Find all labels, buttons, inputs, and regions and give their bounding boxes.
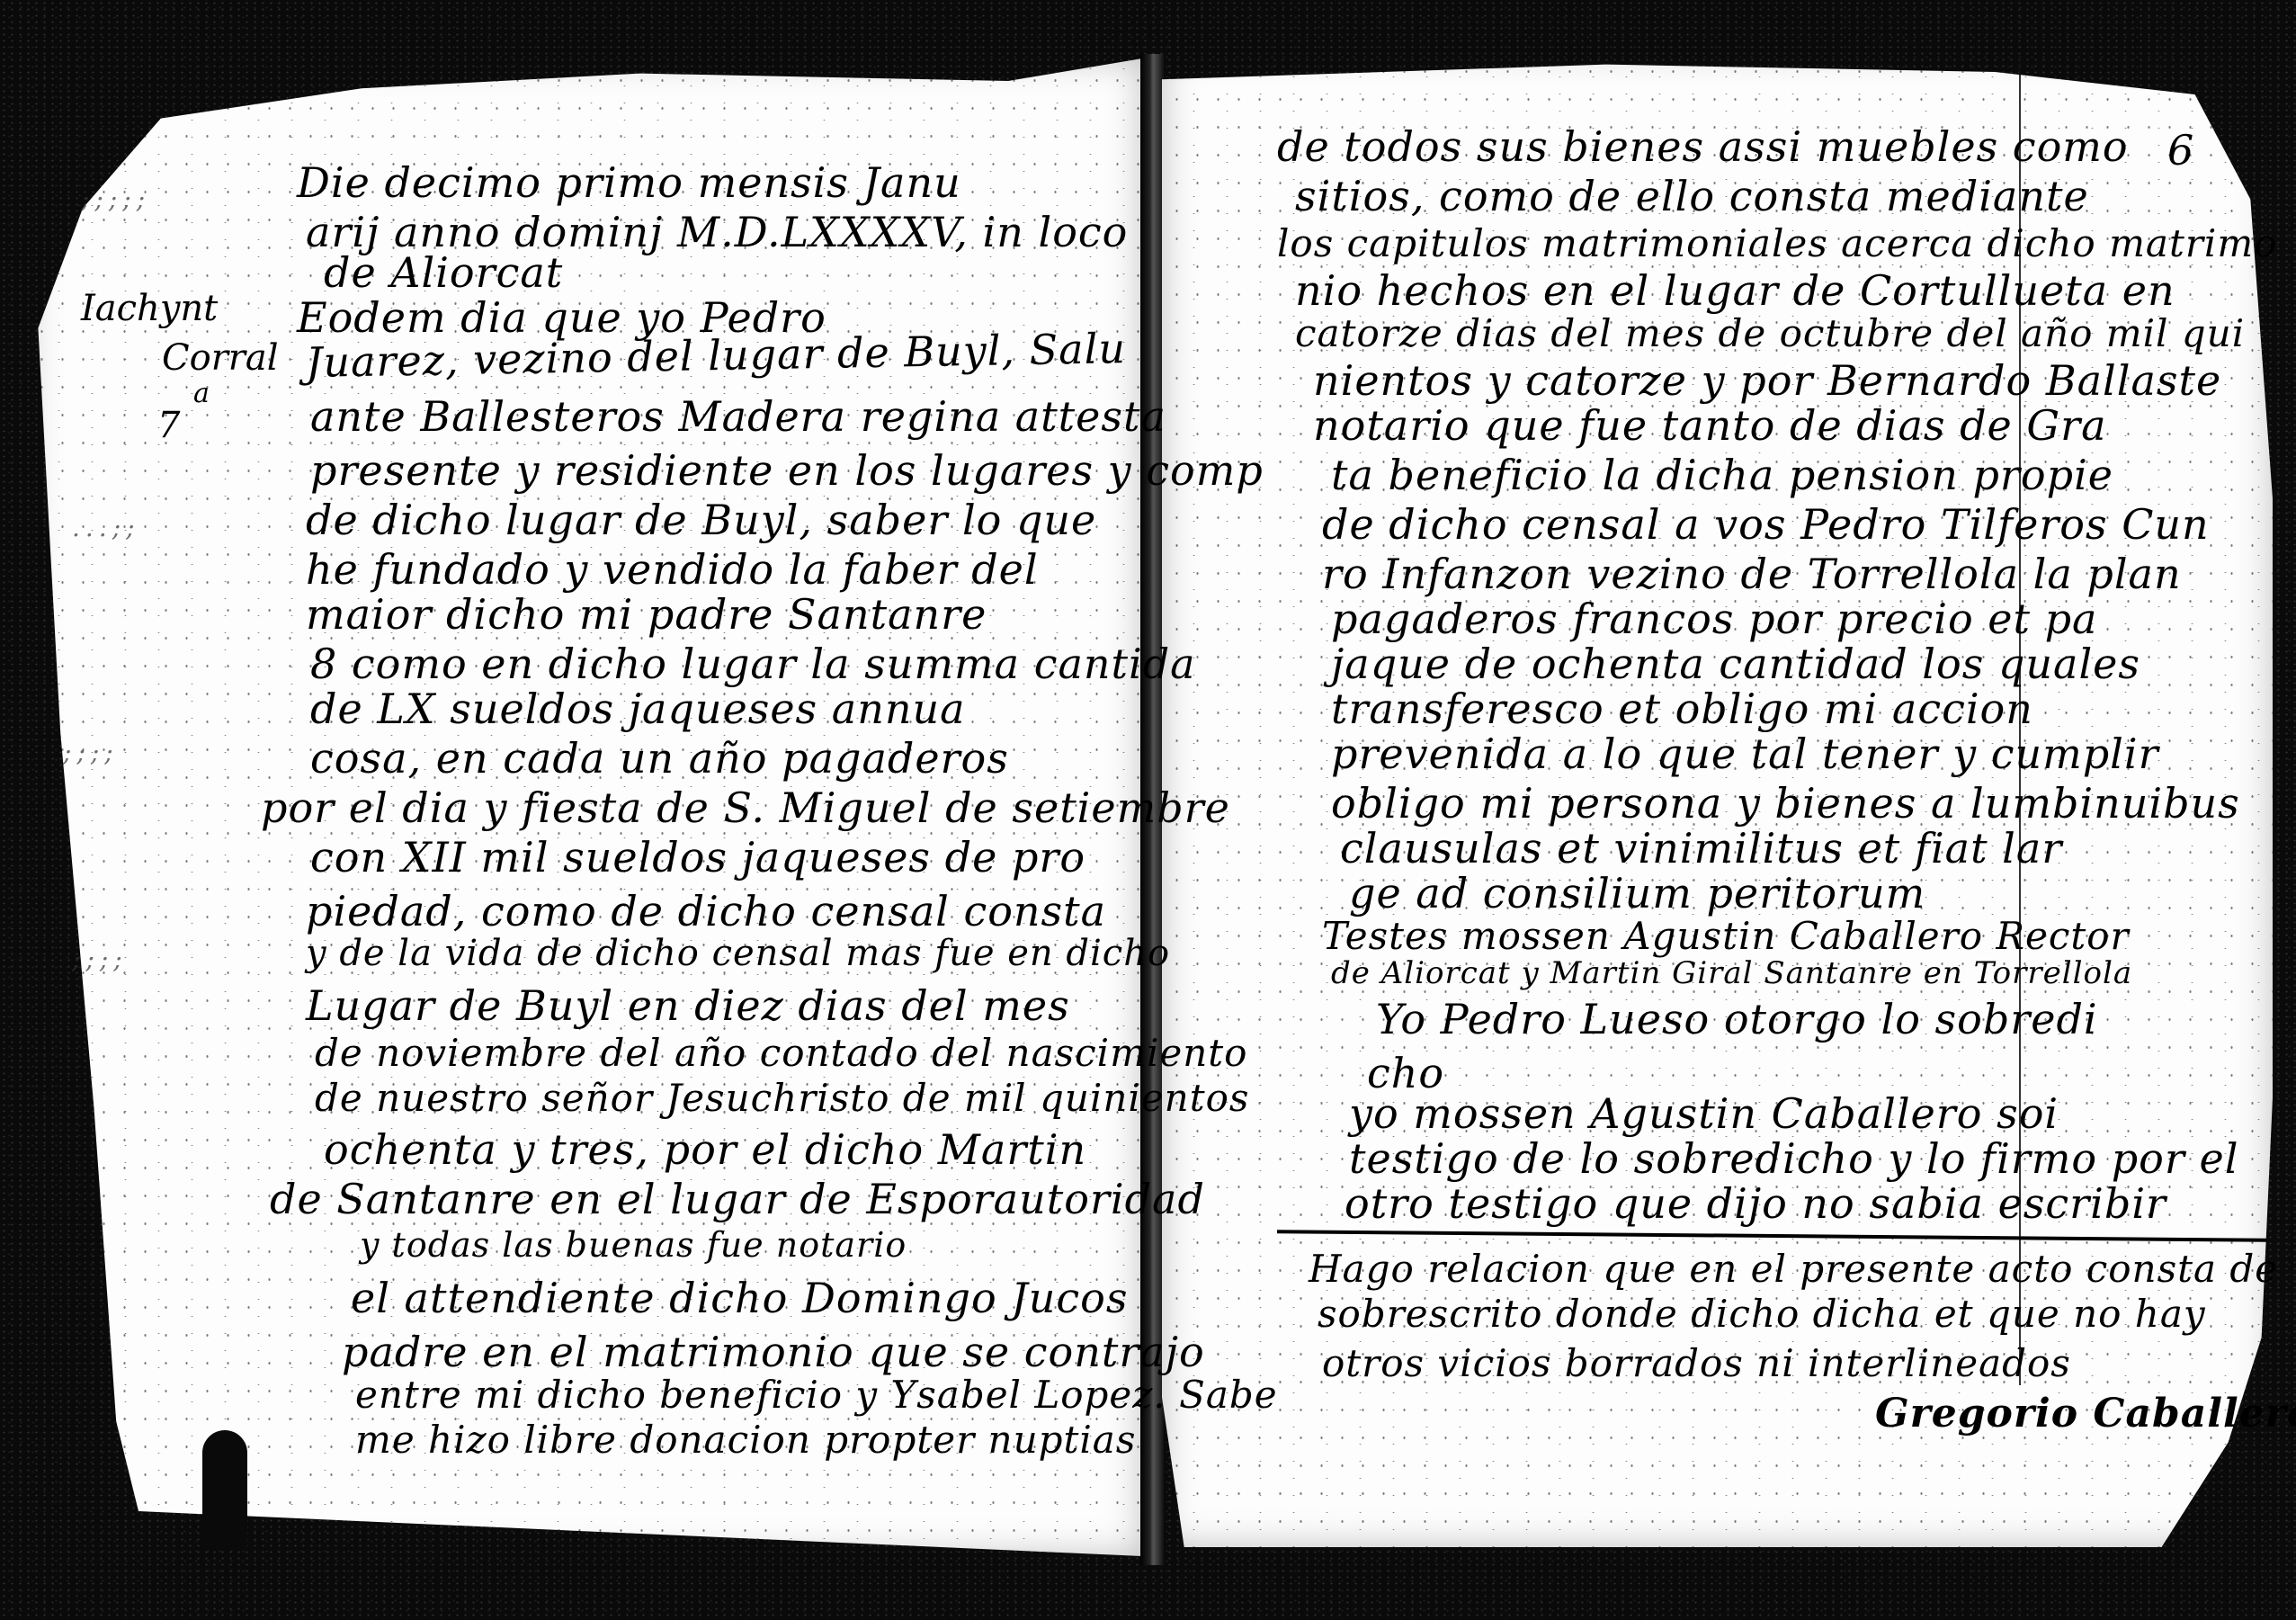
text-line: sitios, como de ello consta mediante	[1295, 175, 2089, 217]
certification-line: sobrescrito donde dicho dicha et que no …	[1318, 1295, 2206, 1333]
text-line: de Santanre en el lugar de Esporautorida…	[270, 1178, 1205, 1220]
text-line: cho	[1367, 1052, 1444, 1094]
text-line: de LX sueldos jaqueses annua	[310, 688, 966, 729]
text-line: de Aliorcat	[324, 252, 563, 293]
text-line: ro Infanzon vezino de Torrellola la plan	[1322, 553, 2182, 595]
text-line: yo mossen Agustin Caballero soi	[1349, 1093, 2059, 1134]
certification-line: otros vicios borrados ni interlineados	[1322, 1345, 2071, 1383]
text-line: jaque de ochenta cantidad los quales	[1331, 643, 2140, 685]
text-line: ge ad consilium peritorum	[1349, 873, 1925, 914]
text-line: catorze dias del mes de octubre del año …	[1295, 315, 2245, 353]
bleed-through-mark: ;;;;	[63, 738, 119, 767]
margin-note: a	[193, 378, 210, 409]
margin-note: Iachynt	[81, 288, 218, 329]
certification-line: Hago relacion que en el presente acto co…	[1309, 1250, 2278, 1288]
text-line: de dicho censal a vos Pedro Tilferos Cun	[1322, 504, 2210, 545]
text-line: el attendiente dicho Domingo Jucos	[351, 1277, 1128, 1319]
margin-note: 7	[157, 405, 180, 446]
bleed-through-mark: ;;;;	[72, 944, 128, 974]
text-line: 8 como en dicho lugar la summa cantida	[310, 643, 1196, 685]
text-line: por el dia y fiesta de S. Miguel de seti…	[261, 787, 1230, 828]
text-line: otro testigo que dijo no sabia escribir	[1345, 1183, 2166, 1224]
text-line: he fundado y vendido la faber del	[306, 549, 1039, 590]
text-line: notario que fue tanto de dias de Gra	[1313, 405, 2107, 446]
text-line: con XII mil sueldos jaqueses de pro	[310, 837, 1085, 878]
text-line: arij anno dominj M.D.LXXXXV, in loco	[306, 211, 1128, 253]
text-line: me hizo libre donacion propter nuptias	[355, 1421, 1136, 1459]
text-line: entre mi dicho beneficio y Ysabel Lopez.…	[355, 1376, 1278, 1414]
text-line: de noviembre del año contado del nascimi…	[315, 1034, 1247, 1072]
text-line: presente y residiente en los lugares y c…	[310, 450, 1264, 491]
text-line: de todos sus bienes assi muebles como	[1277, 126, 2129, 167]
text-line: Testes mossen Agustin Caballero Rector	[1322, 917, 2130, 955]
text-line: de dicho lugar de Buyl, saber lo que	[306, 499, 1096, 541]
text-line: padre en el matrimonio que se contrajo	[342, 1331, 1205, 1373]
text-line: pagaderos francos por precio et pa	[1331, 598, 2097, 640]
text-line: y todas las buenas fue notario	[360, 1228, 907, 1262]
text-line: nientos y catorze y por Bernardo Ballast…	[1313, 360, 2221, 401]
text-line: nio hechos en el lugar de Cortullueta en	[1295, 270, 2175, 311]
bleed-through-mark: ;;;;;	[81, 184, 150, 214]
text-line: obligo mi persona y bienes a lumbinuibus	[1331, 783, 2240, 824]
text-line: prevenida a lo que tal tener y cumplir	[1331, 733, 2159, 774]
page-number: 6	[2167, 126, 2193, 175]
text-line: Die decimo primo mensis Janu	[297, 162, 961, 203]
text-line: de nuestro señor Jesuchristo de mil quin…	[315, 1079, 1249, 1117]
text-line: ante Ballesteros Madera regina attesta	[310, 396, 1166, 437]
text-line: Lugar de Buyl en diez dias del mes	[306, 985, 1070, 1026]
bleed-through-mark: ...;;	[72, 513, 140, 542]
text-line: clausulas et vinimilitus et fiat lar	[1340, 828, 2062, 869]
text-line: los capitulos matrimoniales acerca dicho…	[1277, 225, 2277, 263]
text-line: cosa, en cada un año pagaderos	[310, 738, 1009, 779]
margin-note: Corral	[162, 337, 279, 379]
text-line: maior dicho mi padre Santanre	[306, 594, 987, 635]
text-line: testigo de lo sobredicho y lo firmo por …	[1349, 1138, 2238, 1179]
text-line: de Aliorcat y Martin Giral Santanre en T…	[1331, 958, 2132, 989]
text-line: transferesco et obligo mi accion	[1331, 688, 2033, 729]
notary-signature: Gregorio Caballero notario	[1875, 1394, 2296, 1434]
text-line: Yo Pedro Lueso otorgo lo sobredi	[1376, 998, 2098, 1040]
text-line: ta beneficio la dicha pension propie	[1331, 454, 2113, 496]
page-tear	[202, 1430, 247, 1547]
text-line: piedad, como de dicho censal consta	[306, 891, 1106, 932]
text-line: y de la vida de dicho censal mas fue en …	[306, 935, 1170, 971]
text-line: ochenta y tres, por el dicho Martin	[324, 1129, 1086, 1170]
